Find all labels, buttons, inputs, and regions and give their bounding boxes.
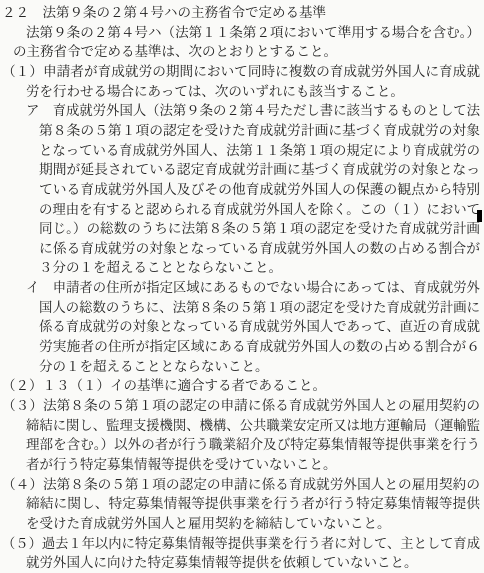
text-line: （５）過去１年以内に特定募集情報等提供事業を行う者に対して、主として育成 — [0, 534, 480, 554]
cursor-mark — [477, 210, 482, 222]
text-line: 理部を含む。）以外の者が行う職業紹介及び特定募集情報等提供事業を行う — [0, 435, 480, 455]
text-line: の主務省令で定める基準は、次のとおりとすること。 — [0, 42, 480, 62]
text-line: 労実施者の住所が指定区域にある育成就労外国人の数の占める割合が６ — [0, 337, 480, 357]
text-line: （３）法第８条の５第１項の認定の申請に係る育成就労外国人との雇用契約の — [0, 396, 480, 416]
text-line: 締結に関し、特定募集情報等提供事業を行う者が行う特定募集情報等提供 — [0, 494, 480, 514]
document-page: ２２ 法第９条の２第４号ハの主務省令で定める基準法第９条の２第４号ハ（法第１１条… — [0, 0, 484, 573]
text-line: となっている育成就労外国人、法第１１条第１項の規定により育成就労の — [0, 141, 480, 161]
text-line: 第８条の５第１項の認定を受けた育成就労計画に基づく育成就労の対象 — [0, 121, 480, 141]
text-line: ３分の１を超えることとならないこと。 — [0, 258, 480, 278]
text-line: の理由を有すると認められる育成就労外国人を除く。この（１）において — [0, 200, 480, 220]
text-line: 者が行う特定募集情報等提供を受けていないこと。 — [0, 455, 480, 475]
text-line: 同じ。）の総数のうちに法第８条の５第１項の認定を受けた育成就労計画 — [0, 219, 480, 239]
text-line: 分の１を超えることとならないこと。 — [0, 357, 480, 377]
text-line: 労を行わせる場合にあっては、次のいずれにも該当すること。 — [0, 82, 480, 102]
text-line: 国人の総数のうちに、法第８条の５第１項の認定を受けた育成就労計画に — [0, 298, 480, 318]
text-line: 係る育成就労の対象となっている育成就労外国人であって、直近の育成就 — [0, 317, 480, 337]
section-heading: ２２ 法第９条の２第４号ハの主務省令で定める基準 — [0, 3, 480, 23]
text-line: に係る育成就労の対象となっている育成就労外国人の数の占める割合が — [0, 239, 480, 259]
text-line: ている育成就労外国人及びその他育成就労外国人の保護の観点から特別 — [0, 180, 480, 200]
text-line: 法第９条の２第４号ハ（法第１１条第２項において準用する場合を含む。） — [0, 23, 480, 43]
text-line: 締結に関し、監理支援機関、機構、公共職業安定所又は地方運輸局（運輸監 — [0, 416, 480, 436]
text-line: ア 育成就労外国人（法第９条の２第４号ただし書に該当するものとして法 — [0, 101, 480, 121]
text-line: （１）申請者が育成就労の期間において同時に複数の育成就労外国人に育成就 — [0, 62, 480, 82]
text-line: を受けた育成就労外国人と雇用契約を締結していないこと。 — [0, 514, 480, 534]
text-line: （２）１３（１）イの基準に適合する者であること。 — [0, 376, 480, 396]
text-line: 期間が延長されている認定育成就労計画に基づく育成就労の対象となっ — [0, 160, 480, 180]
text-line: イ 申請者の住所が指定区域にあるものでない場合にあっては、育成就労外 — [0, 278, 480, 298]
text-line: （４）法第８条の５第１項の認定の申請に係る育成就労外国人との雇用契約の — [0, 475, 480, 495]
text-line: 就労外国人に向けた特定募集情報等提供を依頼していないこと。 — [0, 553, 480, 573]
